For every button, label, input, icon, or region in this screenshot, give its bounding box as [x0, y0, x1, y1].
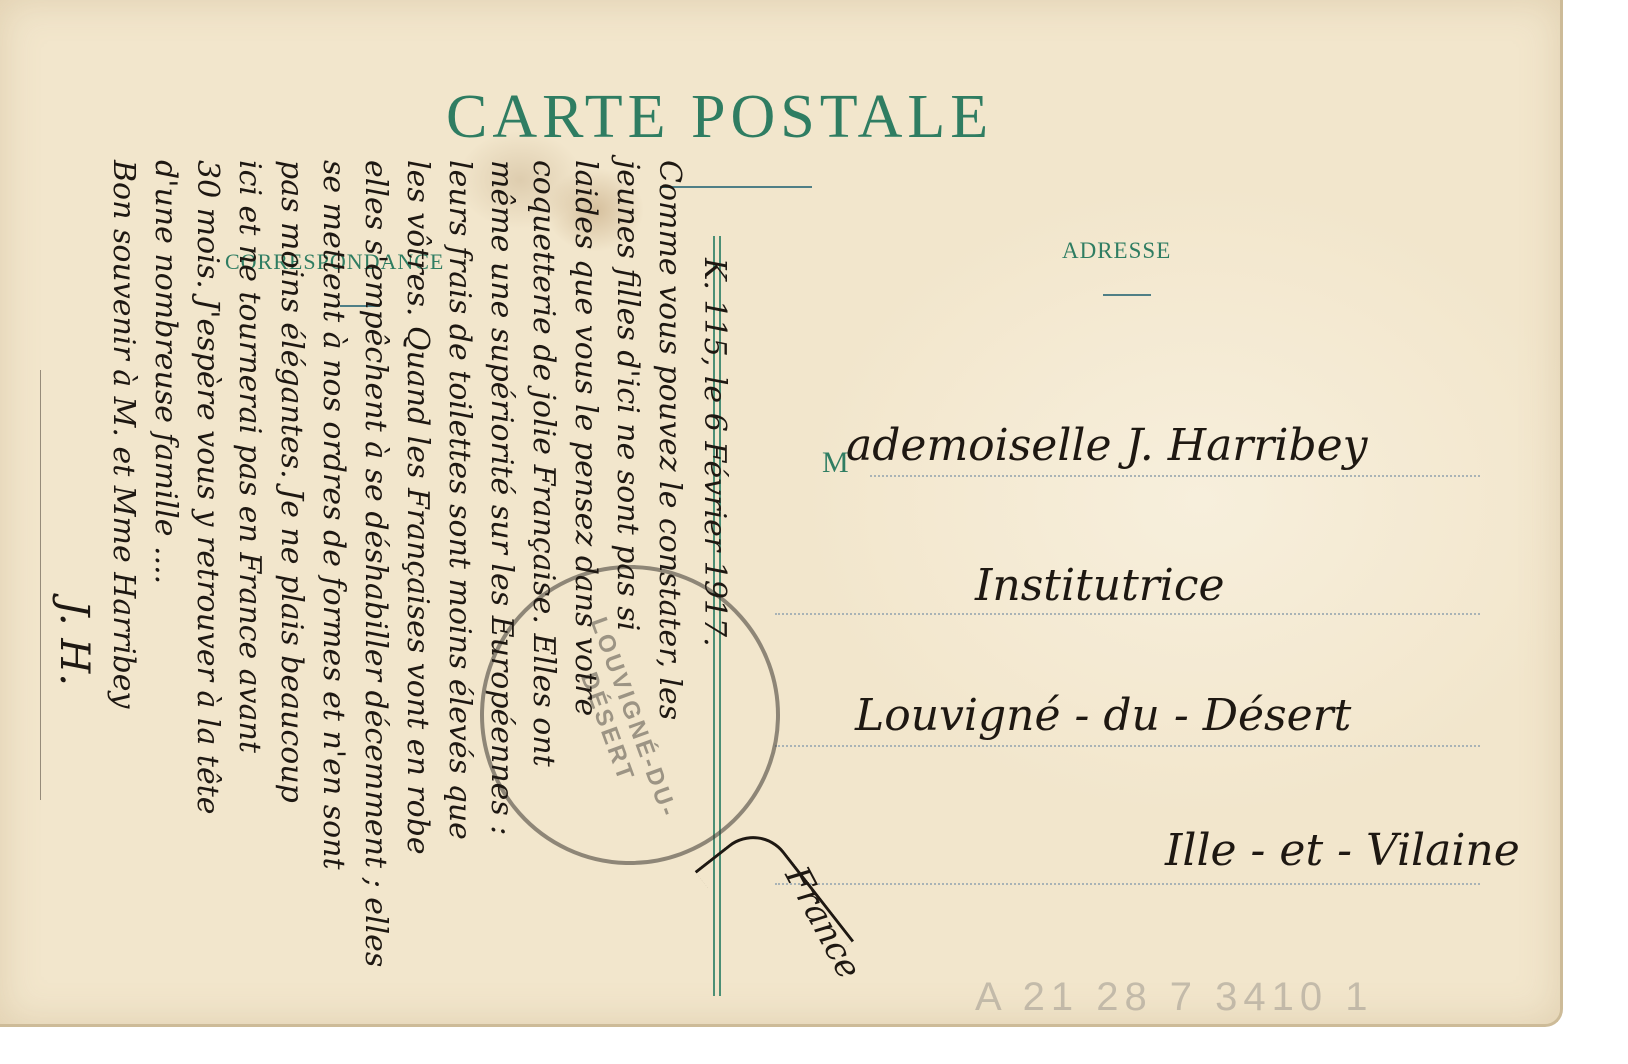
correspondence-line: pas moins élégantes. Je ne plais beaucou… [270, 160, 312, 967]
addressee-department: Ille - et - Vilaine [1165, 825, 1520, 876]
address-line-1 [870, 475, 1480, 477]
correspondence-header-block: K. 115, le 6 Février 1917. [693, 258, 735, 647]
address-line-2 [775, 613, 1480, 615]
correspondence-line: leurs frais de toilettes sont moins élev… [438, 160, 480, 967]
addressee-title: Institutrice [975, 560, 1225, 611]
correspondence-line: ici et ne tournerai pas en France avant [228, 160, 270, 967]
signature-block: J. H. [53, 600, 95, 686]
addressee-town: Louvigné - du - Désert [855, 690, 1351, 741]
correspondence-line: elles s'empêchent à se déshabiller décem… [354, 160, 396, 967]
address-label: ADRESSE [1062, 238, 1171, 264]
card-title: CARTE POSTALE [446, 82, 993, 153]
correspondence-line: 30 mois. J'espère vous y retrouver à la … [186, 160, 228, 967]
correspondence-line: d'une nombreuse famille .... [144, 160, 186, 967]
address-rule [1103, 294, 1151, 296]
address-line-4 [775, 883, 1480, 885]
address-line-3 [775, 745, 1480, 747]
correspondence-line: les vôtres. Quand les Françaises vont en… [396, 160, 438, 967]
correspondence-line: se mettent à nos ordres de formes et n'e… [312, 160, 354, 967]
correspondence-header: K. 115, le 6 Février 1917. [693, 258, 735, 647]
correspondence-line: Bon souvenir à M. et Mme Harribey [102, 160, 144, 967]
correspondence-line: coquetterie de jolie Française. Elles on… [522, 160, 564, 967]
address-printed-initial: M [822, 446, 849, 480]
correspondence-line: même une supériorité sur les Européennes… [480, 160, 522, 967]
correspondence-line: laides que vous le pensez dans votre [564, 160, 606, 967]
correspondence-text-block: Comme vous pouvez le constater, les jeun… [102, 160, 690, 967]
signature: J. H. [53, 600, 95, 686]
pencil-note: A 21 28 7 3410 1 [975, 975, 1374, 1020]
margin-stroke [40, 370, 41, 800]
correspondence-line: Comme vous pouvez le constater, les [648, 160, 690, 967]
correspondence-line: jeunes filles d'ici ne sont pas si [606, 160, 648, 967]
postcard-back: CARTE POSTALE CORRESPONDANCE ADRESSE M a… [0, 0, 1563, 1027]
addressee-name: ademoiselle J. Harribey [846, 420, 1368, 471]
